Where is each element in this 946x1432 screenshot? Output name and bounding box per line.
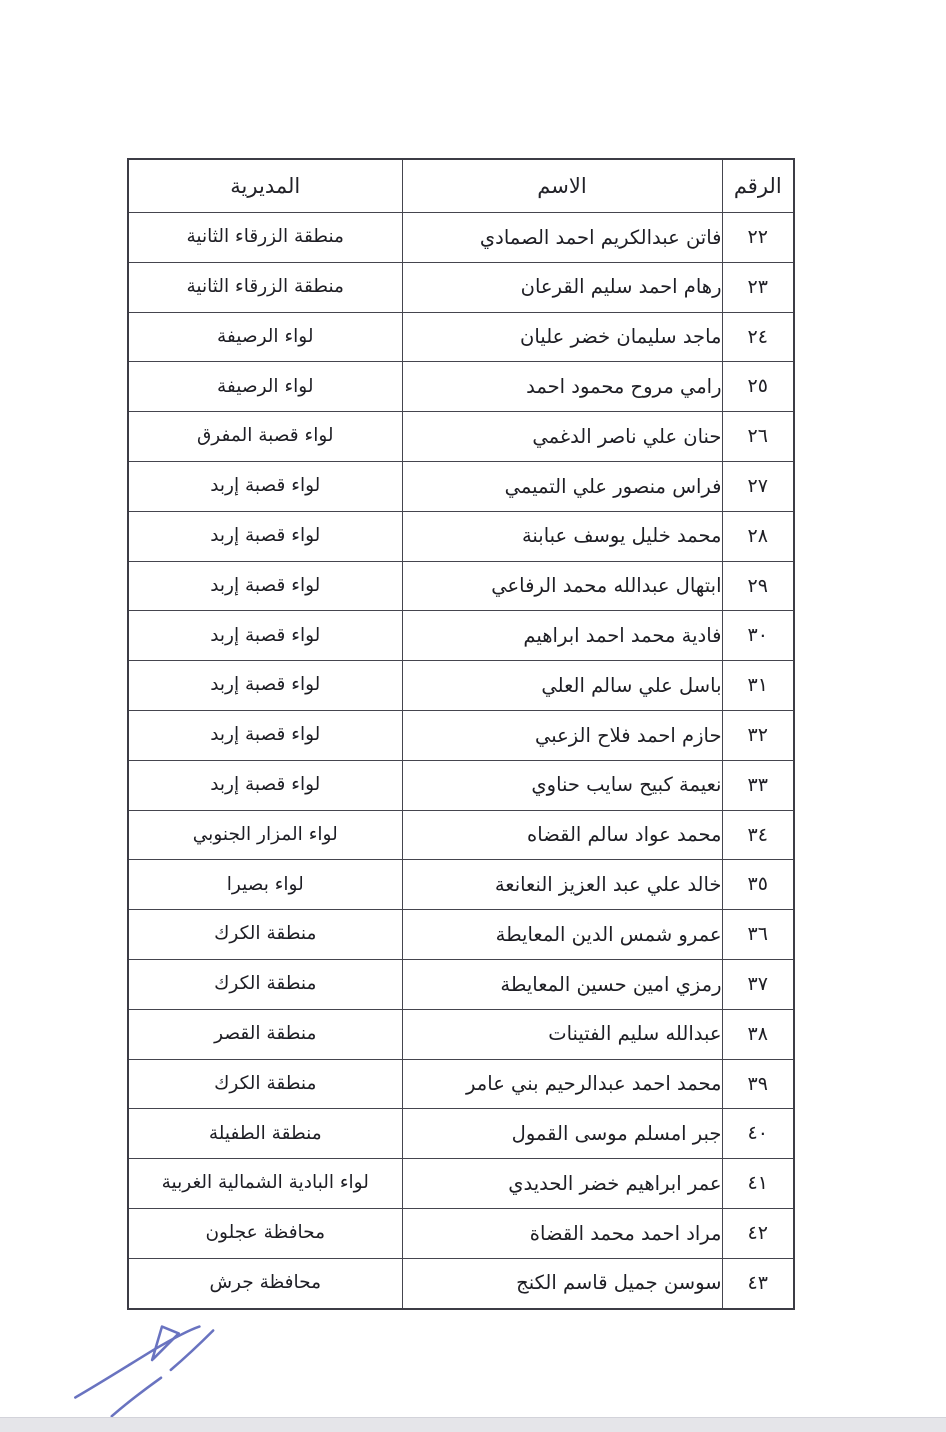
cell-number: ٣١	[722, 661, 794, 711]
cell-directorate: منطقة الزرقاء الثانية	[128, 213, 402, 263]
cell-directorate: لواء الرصيفة	[128, 312, 402, 362]
cell-name: رهام احمد سليم القرعان	[402, 262, 722, 312]
cell-number: ٣٨	[722, 1009, 794, 1059]
cell-name: جبر امسلم موسى القمول	[402, 1109, 722, 1159]
cell-name: محمد خليل يوسف عبابنة	[402, 511, 722, 561]
cell-number: ٣٥	[722, 860, 794, 910]
cell-directorate: لواء قصبة إربد	[128, 611, 402, 661]
cell-name: محمد احمد عبدالرحيم بني عامر	[402, 1059, 722, 1109]
cell-directorate: لواء قصبة المفرق	[128, 412, 402, 462]
cell-name: ماجد سليمان خضر عليان	[402, 312, 722, 362]
table-row: ٣٨ عبدالله سليم الفتينات منطقة القصر	[128, 1009, 794, 1059]
cell-number: ٤٢	[722, 1208, 794, 1258]
table-row: ٣٩ محمد احمد عبدالرحيم بني عامر منطقة ال…	[128, 1059, 794, 1109]
cell-name: حنان علي ناصر الدغمي	[402, 412, 722, 462]
cell-number: ٤٠	[722, 1109, 794, 1159]
cell-directorate: لواء قصبة إربد	[128, 760, 402, 810]
cell-number: ٣٤	[722, 810, 794, 860]
cell-name: حازم احمد فلاح الزعبي	[402, 710, 722, 760]
cell-number: ٣٠	[722, 611, 794, 661]
table-row: ٢٧ فراس منصور علي التميمي لواء قصبة إربد	[128, 461, 794, 511]
table-row: ٣٢ حازم احمد فلاح الزعبي لواء قصبة إربد	[128, 710, 794, 760]
cell-number: ٤٣	[722, 1258, 794, 1308]
cell-name: ابتهال عبدالله محمد الرفاعي	[402, 561, 722, 611]
cell-number: ٣٧	[722, 959, 794, 1009]
cell-name: رامي مروح محمود احمد	[402, 362, 722, 412]
cell-name: فراس منصور علي التميمي	[402, 461, 722, 511]
table-row: ٢٥ رامي مروح محمود احمد لواء الرصيفة	[128, 362, 794, 412]
cell-directorate: لواء قصبة إربد	[128, 511, 402, 561]
cell-directorate: لواء قصبة إربد	[128, 710, 402, 760]
cell-name: فادية محمد احمد ابراهيم	[402, 611, 722, 661]
cell-directorate: منطقة الكرك	[128, 959, 402, 1009]
table-row: ٢٢ فاتن عبدالكريم احمد الصمادي منطقة الز…	[128, 213, 794, 263]
table-row: ٣٥ خالد علي عبد العزيز النعانعة لواء بصي…	[128, 860, 794, 910]
table-row: ٤٢ مراد احمد محمد القضاة محافظة عجلون	[128, 1208, 794, 1258]
cell-name: نعيمة كبيح سايب حناوي	[402, 760, 722, 810]
cell-name: محمد عواد سالم القضاه	[402, 810, 722, 860]
table-row: ٤١ عمر ابراهيم خضر الحديدي لواء البادية …	[128, 1159, 794, 1209]
cell-directorate: منطقة الطفيلة	[128, 1109, 402, 1159]
cell-directorate: منطقة الزرقاء الثانية	[128, 262, 402, 312]
scanned-document-page: الرقم الاسم المديرية ٢٢ فاتن عبدالكريم ا…	[0, 0, 946, 1432]
cell-name: سوسن جميل قاسم الكنج	[402, 1258, 722, 1308]
cell-name: عبدالله سليم الفتينات	[402, 1009, 722, 1059]
table-row: ٣١ باسل علي سالم العلي لواء قصبة إربد	[128, 661, 794, 711]
roster-table: الرقم الاسم المديرية ٢٢ فاتن عبدالكريم ا…	[127, 158, 795, 1310]
table-row: ٢٩ ابتهال عبدالله محمد الرفاعي لواء قصبة…	[128, 561, 794, 611]
cell-number: ٤١	[722, 1159, 794, 1209]
bottom-gray-strip	[0, 1417, 946, 1432]
cell-number: ٢٥	[722, 362, 794, 412]
cell-number: ٢٦	[722, 412, 794, 462]
cell-name: رمزي امين حسين المعايطة	[402, 959, 722, 1009]
table-row: ٢٤ ماجد سليمان خضر عليان لواء الرصيفة	[128, 312, 794, 362]
cell-directorate: لواء المزار الجنوبي	[128, 810, 402, 860]
cell-directorate: منطقة القصر	[128, 1009, 402, 1059]
table-row: ٣٤ محمد عواد سالم القضاه لواء المزار الج…	[128, 810, 794, 860]
table-row: ٣٦ عمرو شمس الدين المعايطة منطقة الكرك	[128, 910, 794, 960]
cell-directorate: لواء البادية الشمالية الغربية	[128, 1159, 402, 1209]
cell-name: عمرو شمس الدين المعايطة	[402, 910, 722, 960]
table-row: ٢٨ محمد خليل يوسف عبابنة لواء قصبة إربد	[128, 511, 794, 561]
signature-ink-mark	[50, 1298, 270, 1428]
cell-number: ٣٩	[722, 1059, 794, 1109]
header-number: الرقم	[722, 159, 794, 213]
cell-directorate: لواء قصبة إربد	[128, 461, 402, 511]
cell-number: ٣٢	[722, 710, 794, 760]
cell-number: ٢٨	[722, 511, 794, 561]
cell-name: باسل علي سالم العلي	[402, 661, 722, 711]
table-row: ٤٠ جبر امسلم موسى القمول منطقة الطفيلة	[128, 1109, 794, 1159]
header-directorate: المديرية	[128, 159, 402, 213]
signature-strokes	[75, 1327, 213, 1417]
cell-name: عمر ابراهيم خضر الحديدي	[402, 1159, 722, 1209]
cell-name: خالد علي عبد العزيز النعانعة	[402, 860, 722, 910]
table-row: ٢٦ حنان علي ناصر الدغمي لواء قصبة المفرق	[128, 412, 794, 462]
cell-directorate: منطقة الكرك	[128, 1059, 402, 1109]
cell-number: ٣٦	[722, 910, 794, 960]
cell-name: فاتن عبدالكريم احمد الصمادي	[402, 213, 722, 263]
cell-directorate: لواء الرصيفة	[128, 362, 402, 412]
header-name: الاسم	[402, 159, 722, 213]
cell-directorate: لواء بصيرا	[128, 860, 402, 910]
cell-number: ٢٧	[722, 461, 794, 511]
cell-directorate: لواء قصبة إربد	[128, 561, 402, 611]
header-row: الرقم الاسم المديرية	[128, 159, 794, 213]
cell-number: ٢٣	[722, 262, 794, 312]
cell-directorate: منطقة الكرك	[128, 910, 402, 960]
table-row: ٣٧ رمزي امين حسين المعايطة منطقة الكرك	[128, 959, 794, 1009]
table-body: ٢٢ فاتن عبدالكريم احمد الصمادي منطقة الز…	[128, 213, 794, 1309]
table-row: ٣٠ فادية محمد احمد ابراهيم لواء قصبة إرب…	[128, 611, 794, 661]
cell-directorate: لواء قصبة إربد	[128, 661, 402, 711]
table-row: ٣٣ نعيمة كبيح سايب حناوي لواء قصبة إربد	[128, 760, 794, 810]
cell-number: ٣٣	[722, 760, 794, 810]
cell-directorate: محافظة عجلون	[128, 1208, 402, 1258]
cell-number: ٢٤	[722, 312, 794, 362]
table-row: ٢٣ رهام احمد سليم القرعان منطقة الزرقاء …	[128, 262, 794, 312]
cell-name: مراد احمد محمد القضاة	[402, 1208, 722, 1258]
cell-number: ٢٩	[722, 561, 794, 611]
cell-number: ٢٢	[722, 213, 794, 263]
